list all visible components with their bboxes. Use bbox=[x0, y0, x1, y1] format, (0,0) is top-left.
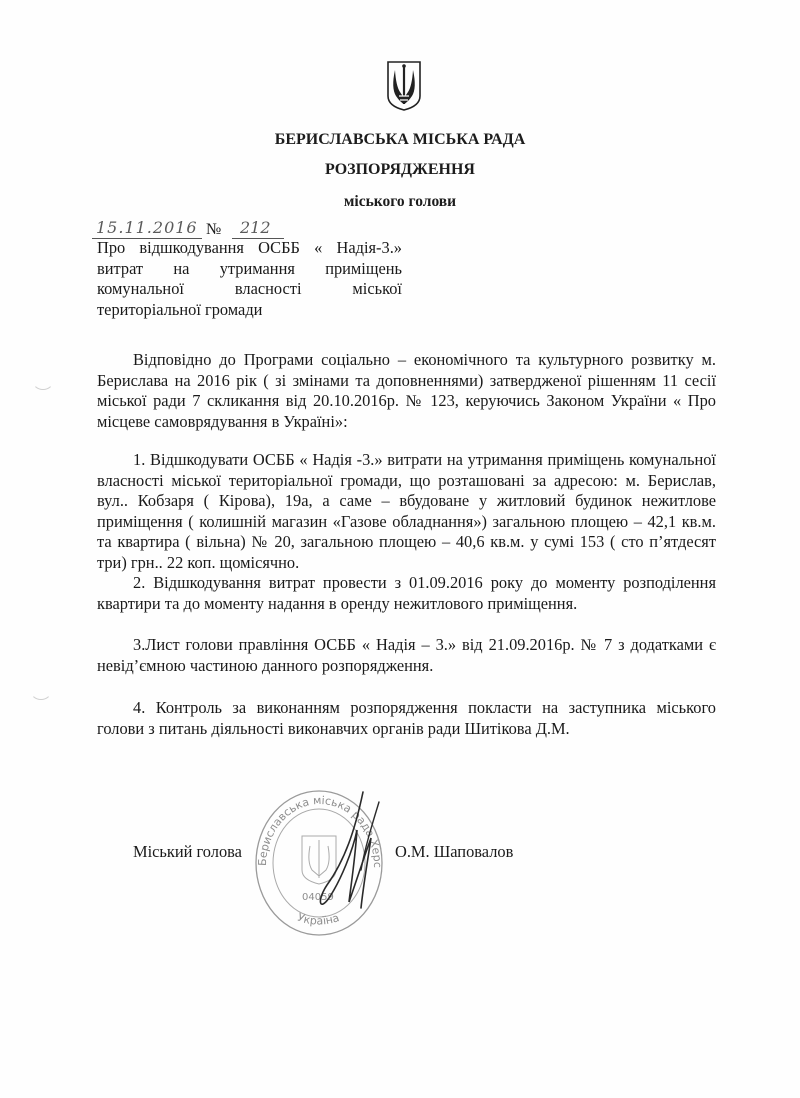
document-subject: Про відшкодування ОСББ « Надія-3.» витра… bbox=[97, 238, 402, 320]
handwritten-number: 212 bbox=[240, 218, 271, 237]
subject-line: Про відшкодування ОСББ « Надія-3.» bbox=[97, 238, 402, 259]
item-3: 3.Лист голови правління ОСББ « Надія – 3… bbox=[97, 635, 716, 676]
punch-hole-mark bbox=[32, 370, 54, 390]
subject-line: територіальної громади bbox=[97, 300, 402, 321]
punch-hole-mark bbox=[30, 680, 52, 700]
signatory-title: Міський голова bbox=[133, 842, 242, 862]
subject-line: витрат на утримання приміщень bbox=[97, 259, 402, 280]
number-sign: № bbox=[206, 221, 221, 239]
document-issuer: міського голови bbox=[0, 193, 800, 211]
document-page: БЕРИСЛАВСЬКА МІСЬКА РАДА РОЗПОРЯДЖЕННЯ м… bbox=[0, 0, 800, 1098]
date-number-line: 15.11.2016 № 212 bbox=[92, 218, 332, 240]
handwritten-signature bbox=[305, 790, 385, 920]
signatory-name: О.М. Шаповалов bbox=[395, 842, 513, 862]
coat-of-arms-icon bbox=[386, 60, 422, 112]
handwritten-date: 15.11.2016 bbox=[96, 218, 198, 237]
item-2: 2. Відшкодування витрат провести з 01.09… bbox=[97, 573, 716, 614]
council-name: БЕРИСЛАВСЬКА МІСЬКА РАДА bbox=[0, 131, 800, 149]
item-text: 4. Контроль за виконанням розпорядження … bbox=[97, 698, 716, 738]
item-text: 2. Відшкодування витрат провести з 01.09… bbox=[97, 573, 716, 613]
document-type: РОЗПОРЯДЖЕННЯ bbox=[0, 161, 800, 179]
item-1: 1. Відшкодувати ОСББ « Надія -3.» витрат… bbox=[97, 450, 716, 573]
preamble-paragraph: Відповідно до Програми соціально – еконо… bbox=[97, 350, 716, 432]
item-text: 3.Лист голови правління ОСББ « Надія – 3… bbox=[97, 635, 716, 675]
subject-line: комунальної власності міської bbox=[97, 279, 402, 300]
item-4: 4. Контроль за виконанням розпорядження … bbox=[97, 698, 716, 739]
preamble-text: Відповідно до Програми соціально – еконо… bbox=[97, 350, 716, 431]
item-text: 1. Відшкодувати ОСББ « Надія -3.» витрат… bbox=[97, 450, 716, 572]
